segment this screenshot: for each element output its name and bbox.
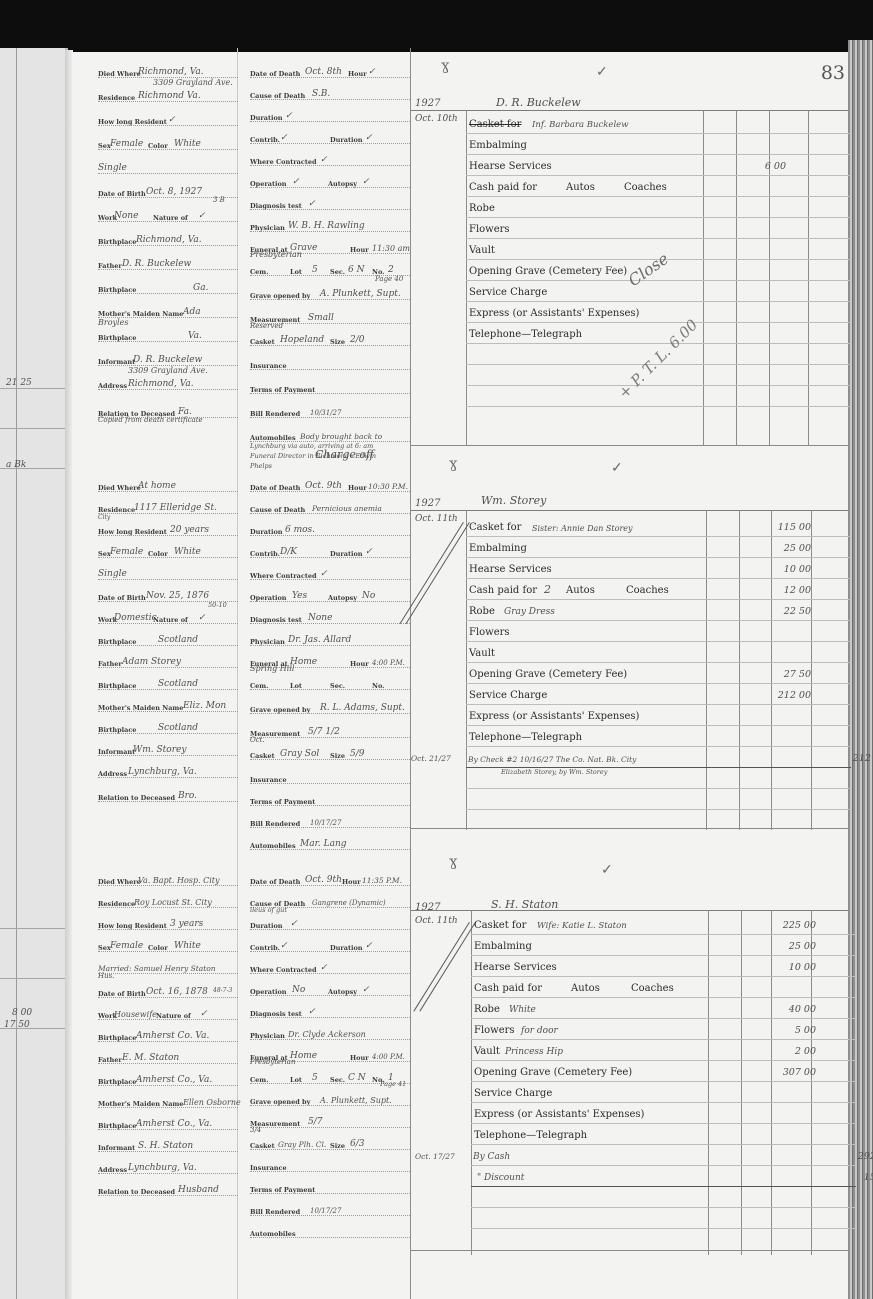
total-amount: 212 00 (741, 690, 811, 701)
discount-amount: 15 00 (831, 1172, 873, 1183)
account-name: Wm. Storey (481, 494, 546, 507)
hearse-amount: 6 00 (706, 161, 786, 172)
charge-off-note: Charge off (315, 448, 374, 461)
died-where-value: Richmond, Va. (138, 67, 204, 77)
record-2-account: ɣ ✓ 1927 Wm. Storey Oct. 11th Casket for… (411, 450, 848, 840)
previous-page-edge: 21 25 a Bk 8 00 17 50 (0, 48, 68, 1299)
account-name: D. R. Buckelew (496, 96, 581, 109)
margin-note: a Bk (6, 460, 26, 470)
casket-amount: 225 00 (746, 920, 816, 931)
payment-amount: 292 00 (831, 1151, 873, 1162)
margin-note: 8 00 (12, 1008, 32, 1018)
payment-amount: 212 00 (826, 753, 873, 764)
casket-amount: 115 00 (741, 522, 811, 533)
margin-note: 17 50 (4, 1020, 30, 1030)
record-3-account: ɣ ✓ 1927 S. H. Staton Oct. 11th Casket f… (411, 840, 848, 1260)
total-amount: 307 00 (746, 1067, 816, 1078)
record-1-account: ɣ ✓ 1927 D. R. Buckelew Oct. 10th Casket… (411, 50, 848, 450)
margin-note: 21 25 (6, 378, 32, 388)
